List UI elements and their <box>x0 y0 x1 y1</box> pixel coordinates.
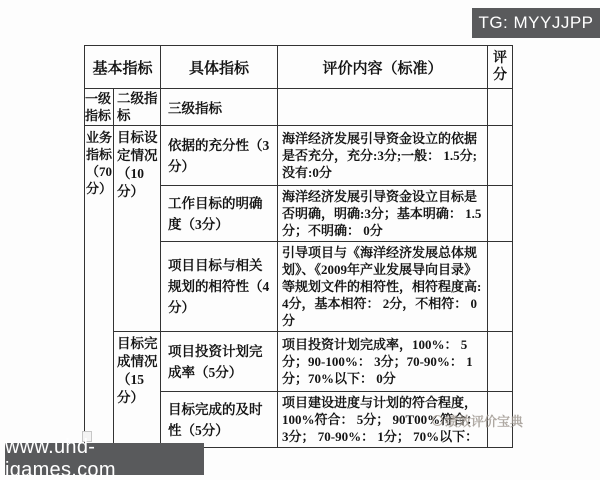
header-evaluation-content: 评价内容（标准） <box>278 46 488 89</box>
score-cell <box>488 186 513 242</box>
score-cell <box>488 392 513 448</box>
level1-business-indicator-cell: 业务指标（70分） <box>85 126 114 448</box>
table-row: 目标完成情况（15分） 项目投资计划完成率（5分） 项目投资计划完成率，100%… <box>85 332 513 392</box>
subheader-level1-indicator: 一级指标 <box>85 89 114 126</box>
tg-watermark-badge: TG: MYYJJPP <box>472 8 600 38</box>
score-cell <box>488 242 513 332</box>
criteria-cell: 引导项目与《海洋经济发展总体规划》、《2009年产业发展导向目录》等规划文件的相… <box>278 242 488 332</box>
criteria-cell: 海洋经济发展引导资金设立的依据是否充分，充分:3分;一般： 1.5分;没有:0分 <box>278 126 488 186</box>
table-header-row: 基本指标 具体指标 评价内容（标准） 评分 <box>85 46 513 89</box>
evaluation-criteria-table: 基本指标 具体指标 评价内容（标准） 评分 一级指标 二级指标 三级指标 业务指… <box>84 45 513 448</box>
criteria-cell: 项目建设进度与计划的符合程度，100%符合： 5分； 90T00%符合： 3分；… <box>278 392 488 448</box>
level2-goal-setting-cell: 目标设定情况（10分） <box>114 126 161 332</box>
url-watermark-badge: www.uhd-igames.com <box>5 443 204 475</box>
criteria-cell: 项目投资计划完成率，100%： 5分；90-100%： 3分；70-90%： 1… <box>278 332 488 392</box>
level2-goal-completion-cell: 目标完成情况（15分） <box>114 332 161 448</box>
header-score: 评分 <box>488 46 513 89</box>
subheader-level3-indicator: 三级指标 <box>161 89 278 126</box>
indicator-cell-goal-clarity: 工作目标的明确度（3分） <box>161 186 278 242</box>
subheader-empty-criteria-cell <box>278 89 488 126</box>
header-basic-indicator: 基本指标 <box>85 46 161 89</box>
indicator-cell-basis-sufficiency: 依据的充分性（3分） <box>161 126 278 186</box>
score-cell <box>488 332 513 392</box>
table-subheader-row: 一级指标 二级指标 三级指标 <box>85 89 513 126</box>
indicator-cell-investment-completion: 项目投资计划完成率（5分） <box>161 332 278 392</box>
subheader-level2-indicator: 二级指标 <box>114 89 161 126</box>
table-row: 业务指标（70分） 目标设定情况（10分） 依据的充分性（3分） 海洋经济发展引… <box>85 126 513 186</box>
header-specific-indicator: 具体指标 <box>161 46 278 89</box>
subheader-empty-score-cell <box>488 89 513 126</box>
indicator-cell-plan-conformity: 项目目标与相关规划的相符性（4分） <box>161 242 278 332</box>
criteria-cell: 海洋经济发展引导资金设立目标是否明确，明确:3分；基本明确： 1.5分；不明确：… <box>278 186 488 242</box>
score-cell <box>488 126 513 186</box>
